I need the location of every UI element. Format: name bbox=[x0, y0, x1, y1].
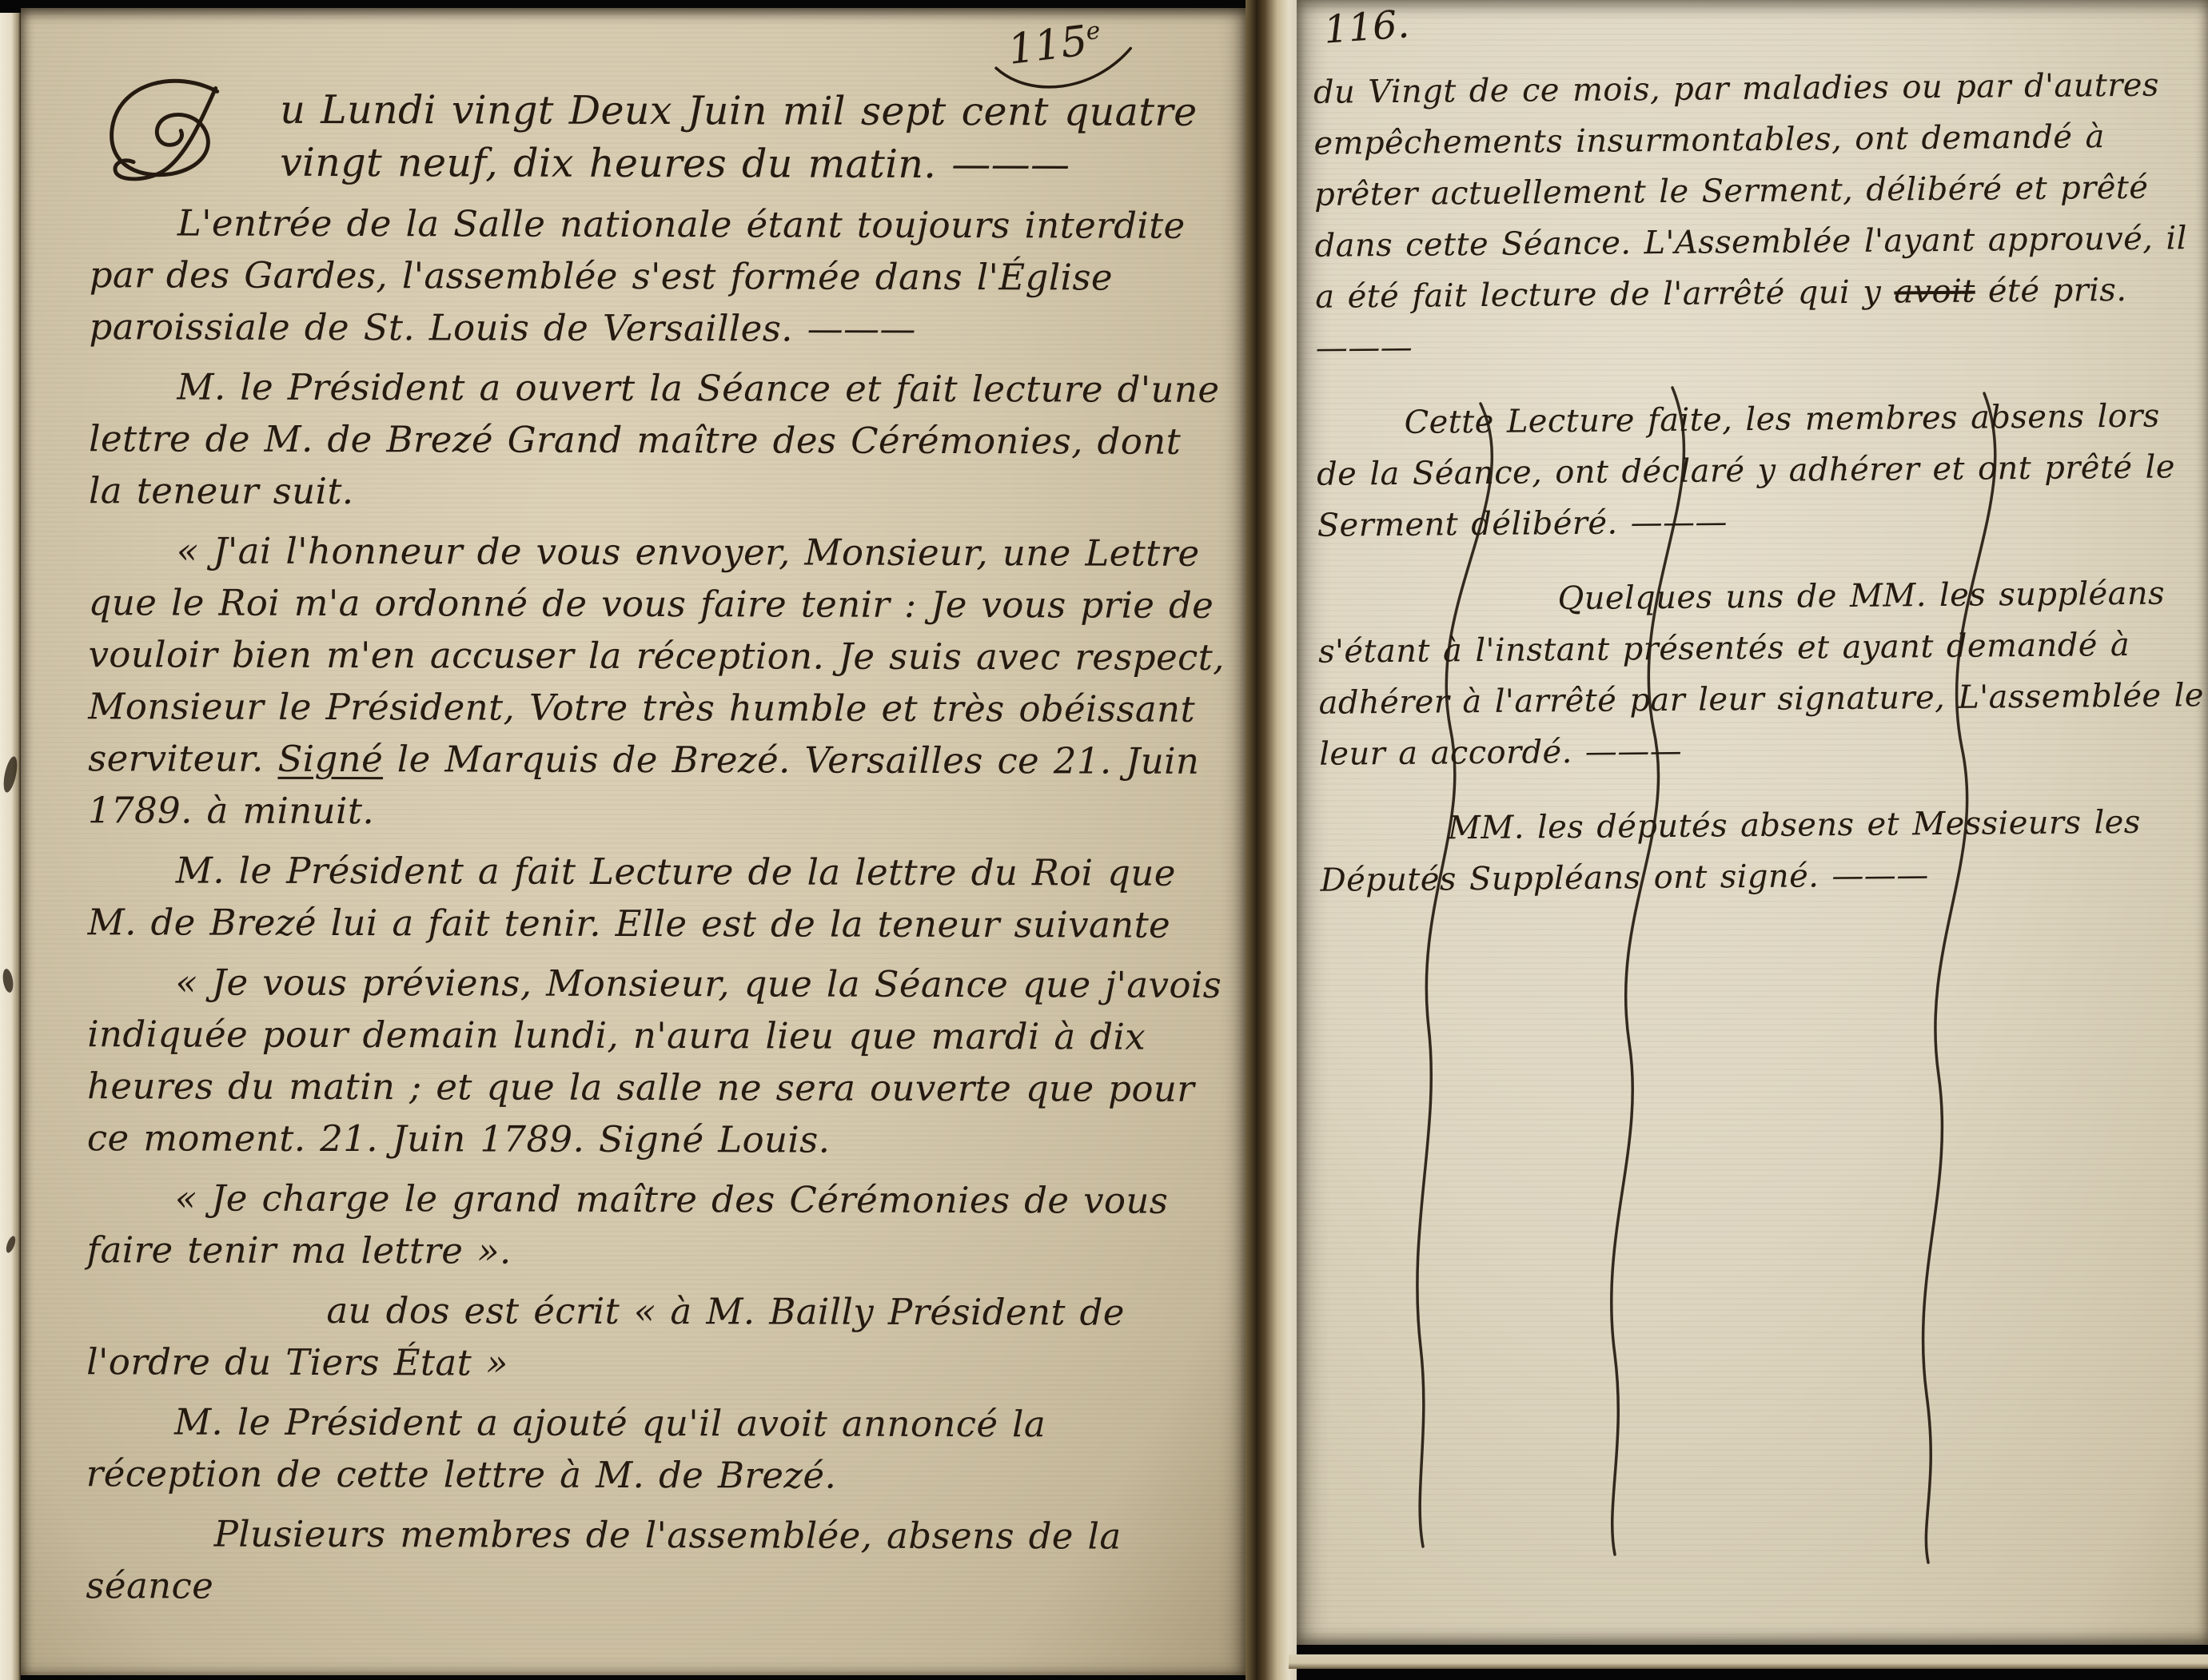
manuscript-heading: u Lundi vingt Deux Juin mil sept cent qu… bbox=[90, 83, 1226, 192]
page-115: 115e u Lundi vingt Deux Juin mil sept ce… bbox=[21, 8, 1245, 1675]
manuscript-paragraph: M. le Président a ajouté qu'il avoit ann… bbox=[86, 1395, 1223, 1503]
heading-text: u Lundi vingt Deux Juin mil sept cent qu… bbox=[280, 87, 1198, 188]
manuscript-paragraph: M. le Président a ouvert la Séance et fa… bbox=[89, 360, 1226, 520]
struck-word: avoit bbox=[1894, 273, 1975, 311]
ink-bleed-mark bbox=[1, 755, 19, 794]
manuscript-paragraph: Plusieurs membres de l'assemblée, absens… bbox=[86, 1507, 1222, 1614]
king-letter-paragraph: « Je vous préviens, Monsieur, que la Séa… bbox=[87, 956, 1225, 1167]
previous-page-edge bbox=[0, 13, 21, 1680]
oath-paragraph: du Vingt de ce mois, par maladies ou par… bbox=[1313, 59, 2206, 374]
manuscript-paragraph: M. le Président a fait Lecture de la let… bbox=[88, 844, 1225, 951]
manuscript-spread: 115e u Lundi vingt Deux Juin mil sept ce… bbox=[0, 0, 2208, 1680]
signatures-intro-paragraph: MM. les députés absens et Messieurs les … bbox=[1320, 796, 2208, 906]
manuscript-paragraph: « Je charge le grand maître des Cérémoni… bbox=[86, 1172, 1223, 1279]
signe-underlined: Signé bbox=[277, 738, 383, 780]
page-116: 116. du Vingt de ce mois, par maladies o… bbox=[1297, 0, 2208, 1645]
ink-bleed-mark bbox=[5, 1235, 18, 1254]
manuscript-paragraph: L'entrée de la Salle nationale étant tou… bbox=[89, 197, 1226, 356]
binding-gutter bbox=[1245, 0, 1297, 1680]
address-on-back-paragraph: au dos est écrit « à M. Bailly Président… bbox=[86, 1284, 1223, 1391]
page-116-text: du Vingt de ce mois, par maladies ou par… bbox=[1297, 0, 2208, 906]
ink-bleed-mark bbox=[2, 968, 15, 993]
ornate-initial-d-icon bbox=[94, 78, 269, 181]
next-page-edge bbox=[1289, 1654, 2208, 1669]
page-115-text: u Lundi vingt Deux Juin mil sept cent qu… bbox=[18, 6, 1247, 1614]
ornate-initial-d-swash bbox=[115, 88, 216, 179]
manuscript-paragraph: Cette Lecture faite, les membres absens … bbox=[1316, 390, 2208, 551]
manuscript-paragraph: Quelques uns de MM. les suppléans s'étan… bbox=[1317, 567, 2208, 780]
breze-letter-paragraph: « J'ai l'honneur de vous envoyer, Monsie… bbox=[88, 524, 1226, 839]
